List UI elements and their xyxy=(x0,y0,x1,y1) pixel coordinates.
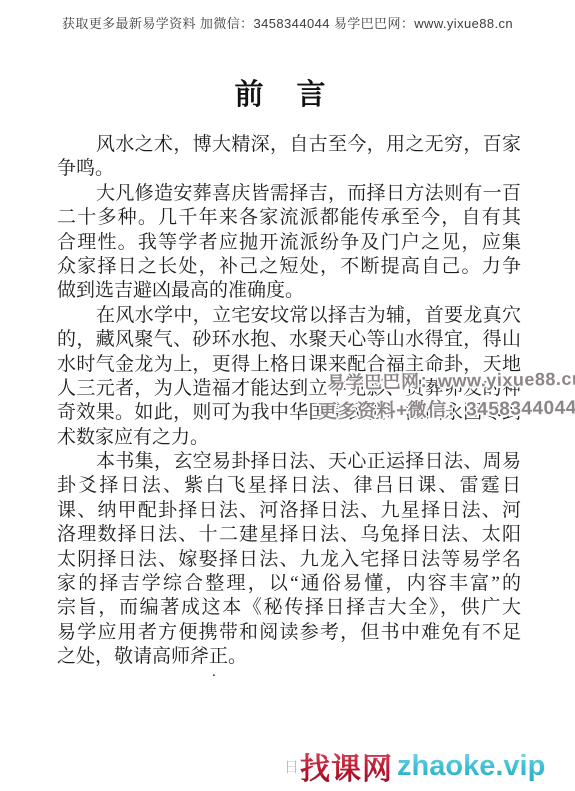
text-line: 家的择吉学综合整理，以“通俗易懂，内容丰富”的 xyxy=(57,572,521,596)
zhaoke-site-domain: zhaoke.vip xyxy=(397,750,545,783)
watermark-site-line: 易学巴巴网：www.yixue88.cn xyxy=(327,365,575,395)
scanned-book-page: 获取更多最新易学资料 加微信：3458344044 易学巴巴网：www.yixu… xyxy=(0,0,575,791)
zhaoke-site-name: 找课网 xyxy=(300,744,393,788)
promo-header-text: 获取更多最新易学资料 加微信：3458344044 易学巴巴网：www.yixu… xyxy=(0,13,575,32)
text-line: 争鸣。 xyxy=(57,157,521,181)
page-title: 前 言 xyxy=(0,72,562,113)
text-line: 风水之术，博大精深，自古至今，用之无穷，百家 xyxy=(57,133,521,157)
text-line: 的，藏风聚气、砂环水抱、水聚天心等山水得宜，得山 xyxy=(57,328,521,352)
text-line: 做到选吉避凶最高的准确度。 xyxy=(57,279,521,303)
stray-dot-mark: . xyxy=(212,664,216,681)
text-line: 宗旨，而编著成这本《秘传择日择吉大全》，供广大 xyxy=(57,596,521,620)
text-line: 之处，敬请高师斧正。 xyxy=(57,645,521,669)
text-line: 洛理数择日法、十二建星择日法、乌兔择日法、太阳 xyxy=(57,523,521,547)
watermark-wechat-line: 更多资料+微信：3458344044 xyxy=(318,392,575,424)
text-line: 太阴择日法、嫁娶择日法、九龙入宅择日法等易学名 xyxy=(57,548,521,572)
text-line: 卦爻择日法、紫白飞星择日法、律吕日课、雷霆日 xyxy=(57,474,521,498)
text-line: 众家择日之长处，补己之短处，不断提高自己。力争 xyxy=(57,255,521,279)
footer-logo: 日 找课网 zhaoke.vip xyxy=(284,744,545,788)
text-line: 易学应用者方便携带和阅读参考，但书中难免有不足 xyxy=(57,621,521,645)
text-line: 本书集，玄空易卦择日法、天心正运择日法、周易 xyxy=(57,450,521,474)
text-line: 在风水学中，立宅安坟常以择吉为辅，首要龙真穴 xyxy=(57,304,521,328)
text-line: 大凡修造安葬喜庆皆需择吉，而择日方法则有一百 xyxy=(57,182,521,206)
text-line: 课、纳甲配卦择日法、河洛择日法、九星择日法、河 xyxy=(57,499,521,523)
text-line: 术数家应有之力。 xyxy=(57,426,521,450)
faint-print-remnant: 日 xyxy=(284,756,299,777)
text-line: 合理性。我等学者应抛开流派纷争及门户之见，应集 xyxy=(57,231,521,255)
text-line: 二十多种。几千年来各家流派都能传承至今，自有其 xyxy=(57,206,521,230)
